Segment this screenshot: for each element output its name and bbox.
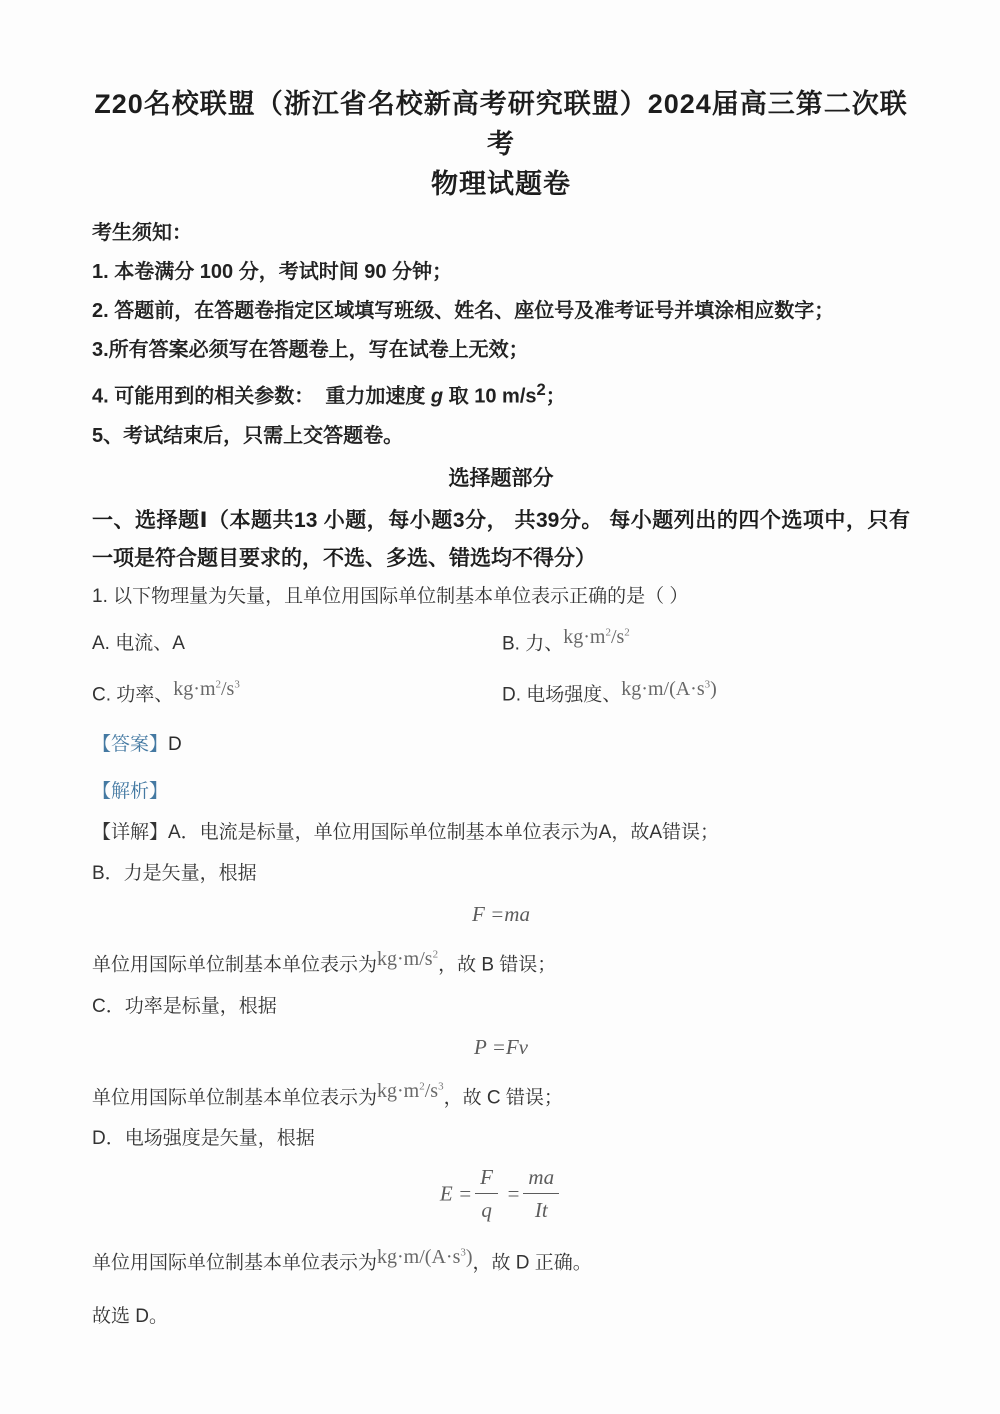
solution-b-unit-prefix: 单位用国际单位制基本单位表示为 [92,955,377,976]
fraction-ma-num-text: ma [528,1165,554,1189]
notice-item-4-suffix: ； [546,386,566,408]
formula-b-lhs: F [472,902,485,926]
formula-b-eq: = [490,902,504,926]
section1-instructions: 一、选择题Ⅰ（本题共13 小题，每小题3分， 共39分。 每小题列出的四个选项中… [92,502,910,578]
solution-b-unit-sup: 2 [433,948,439,960]
question-1-text: 1. 以下物理量为矢量，且单位用国际单位制基本单位表示正确的是（ ） [92,584,910,610]
option-c-unit: kg·m2/s3 [173,678,240,700]
solution-c-intro: C．功率是标量，根据 [92,993,910,1020]
fraction-ma-over-it: maIt [523,1162,559,1225]
option-a-label: A. [92,633,110,654]
formula-b-rhs: ma [504,902,530,926]
solution-b-intro: B．力是矢量，根据 [92,860,910,887]
paper-title-line2: 物理试题卷 [92,164,910,204]
solution-c-suffix: ，故 C 错误； [444,1087,563,1108]
option-b-unit-sup2: 2 [624,627,630,639]
option-b-unit-mid: /s [611,626,624,648]
formula-p-fv: P =Fv [92,1032,910,1062]
formula-d-eq2: = [506,1182,520,1206]
option-c: C. 功率、kg·m2/s3 [92,675,502,711]
option-d-label: D. [502,685,521,706]
notice-item-4-prefix: 4. 可能用到的相关参数： 重力加速度 [92,386,431,408]
solution-c-unit-prefix: 单位用国际单位制基本单位表示为 [92,1087,377,1108]
option-b: B. 力、kg·m2/s2 [502,624,910,660]
solution-c-unit-base: kg·m [377,1080,419,1102]
formula-f-ma: F =ma [92,899,910,929]
paper-title: Z20名校联盟（浙江省名校新高考研究联盟）2024届高三第二次联考 物理试题卷 [92,84,910,204]
option-c-unit-sup2: 3 [234,678,240,690]
solution-b-suffix: ，故 B 错误； [438,955,556,976]
solution-b-unit-line: 单位用国际单位制基本单位表示为kg·m/s2，故 B 错误； [92,947,910,979]
fraction-ma-over-it-num: ma [523,1162,559,1194]
fraction-it-den-text: It [535,1198,548,1222]
notice-heading: 考生须知： [92,220,910,247]
option-b-label: B. [502,633,520,654]
solution-d-unit-inner: A·s [431,1246,460,1268]
section-part-title: 选择题部分 [92,464,910,494]
analysis-label: 【解析】 [92,781,168,802]
fraction-f-over-q: Fq [475,1162,498,1225]
solution-c-unit-line: 单位用国际单位制基本单位表示为kg·m2/s3，故 C 错误； [92,1080,910,1112]
solution-b-unit-base: kg·m [377,948,419,970]
formula-c-eq: = [492,1035,506,1059]
fraction-f-num-text: F [480,1165,493,1189]
analysis-line: 【解析】 [92,778,910,805]
formula-e-field: E =Fq =maIt [92,1164,910,1227]
option-b-text: 力、 [520,633,563,654]
answer-label: 【答案】 [92,734,168,755]
option-c-unit-base: kg·m [173,678,215,700]
notice-item-4-sup: 2 [537,380,546,399]
notice-item-4-mid: 取 10 m/s [443,386,536,408]
gravity-symbol: g [431,386,443,408]
notice-item-4: 4. 可能用到的相关参数： 重力加速度 g 取 10 m/s2； [92,376,910,411]
fraction-q-den-text: q [481,1198,492,1222]
notice-item-3: 3.所有答案必须写在答题卷上，写在试卷上无效； [92,337,910,364]
solution-c-unit: kg·m2/s3 [377,1080,444,1102]
option-b-unit: kg·m2/s2 [563,626,630,648]
answer-value: D [168,734,182,755]
solution-b-unit: kg·m/s2 [377,948,438,970]
question-1-options: A. 电流、A B. 力、kg·m2/s2 C. 功率、kg·m2/s3 D. … [92,624,910,711]
option-c-text: 功率、 [111,685,173,706]
option-c-unit-mid: /s [221,678,234,700]
option-d: D. 电场强度、kg·m/(A·s3) [502,675,910,711]
solution-b-unit-mid: /s [419,948,432,970]
option-c-label: C. [92,685,111,706]
fraction-f-over-q-den: q [475,1194,498,1225]
solution-d-unit: kg·m/(A·s3) [377,1246,473,1268]
solution-d-unit-line: 单位用国际单位制基本单位表示为kg·m/(A·s3)，故 D 正确。 [92,1245,910,1277]
formula-c-lhs: P [474,1035,486,1059]
formula-d-eq1: = [458,1182,472,1206]
solution-d-intro: D．电场强度是矢量，根据 [92,1125,910,1152]
option-d-text: 电场强度、 [521,685,621,706]
solution-conclusion: 故选 D。 [92,1303,910,1330]
solution-detail-a: 【详解】A．电流是标量，单位用国际单位制基本单位表示为A，故A错误； [92,819,910,846]
exam-paper-page: Z20名校联盟（浙江省名校新高考研究联盟）2024届高三第二次联考 物理试题卷 … [0,0,1000,1414]
notice-item-2: 2. 答题前，在答题卷指定区域填写班级、姓名、座位号及准考证号并填涂相应数字； [92,298,910,325]
option-d-unit-base: kg·m/ [621,678,669,700]
formula-d-lhs: E [440,1182,453,1206]
solution-d-unit-close: ) [466,1246,473,1268]
option-d-unit-close: ) [710,678,717,700]
fraction-ma-over-it-den: It [523,1194,559,1225]
fraction-f-over-q-num: F [475,1162,498,1194]
option-d-unit-inner: A·s [676,678,705,700]
solution-c-unit-sup2: 3 [438,1081,444,1093]
option-b-unit-base: kg·m [563,626,605,648]
solution-c-unit-mid: /s [425,1080,438,1102]
notice-item-1: 1. 本卷满分 100 分，考试时间 90 分钟； [92,259,910,286]
option-a: A. 电流、A [92,629,502,659]
option-d-unit-open: ( [669,678,676,700]
solution-d-unit-prefix: 单位用国际单位制基本单位表示为 [92,1253,377,1274]
formula-c-rhs: Fv [506,1035,528,1059]
option-a-text: 电流、A [110,633,185,654]
solution-d-suffix: ，故 D 正确。 [473,1253,592,1274]
option-d-unit: kg·m/(A·s3) [621,678,717,700]
solution-d-unit-base: kg·m/ [377,1246,425,1268]
notice-item-5: 5、考试结束后，只需上交答题卷。 [92,423,910,450]
answer-line: 【答案】D [92,731,910,758]
paper-title-line1: Z20名校联盟（浙江省名校新高考研究联盟）2024届高三第二次联考 [92,84,910,164]
